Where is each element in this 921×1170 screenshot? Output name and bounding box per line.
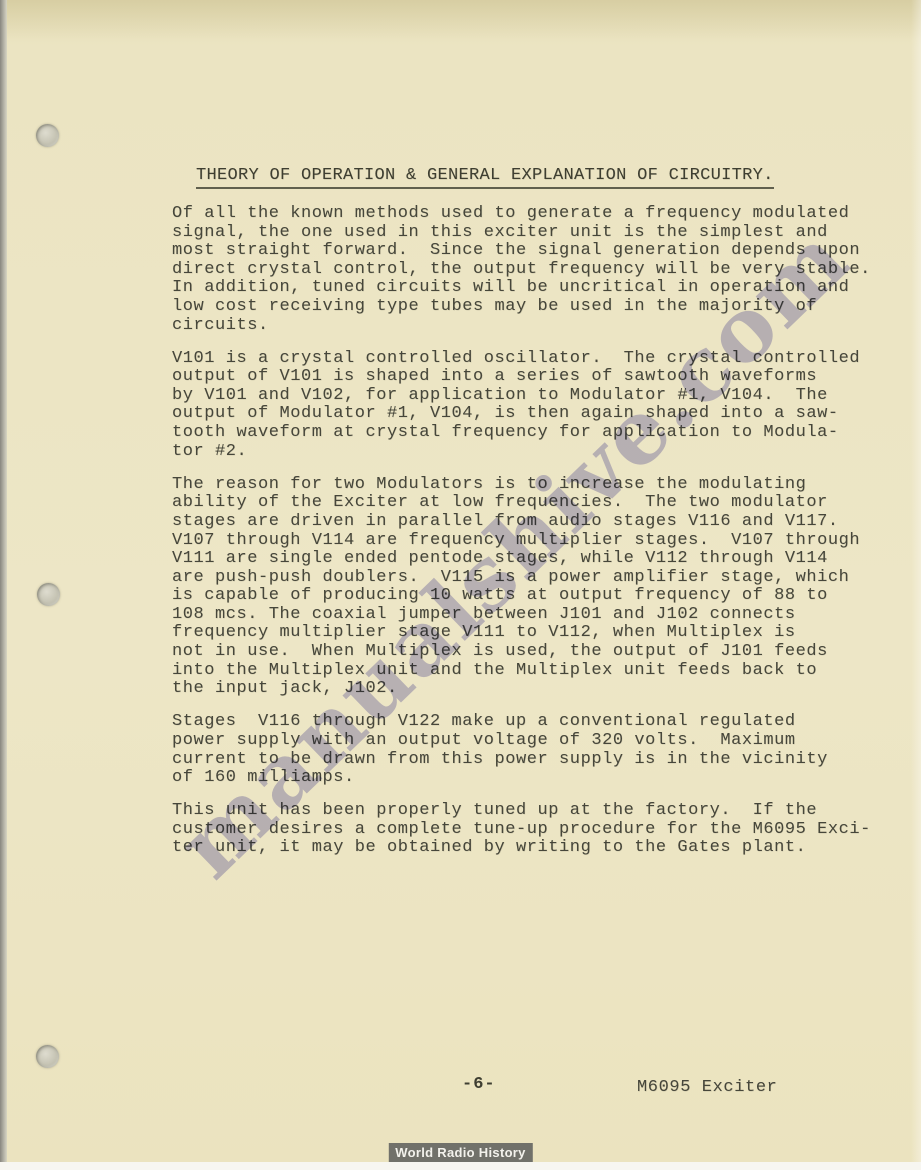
paragraph-3: The reason for two Modulators is to incr… (172, 476, 892, 699)
page-right-edge (911, 0, 921, 1170)
paragraph-2: V101 is a crystal controlled oscillator.… (172, 350, 892, 462)
world-radio-history-badge: World Radio History (388, 1143, 532, 1163)
punch-hole-top (36, 124, 59, 147)
punch-hole-middle (37, 583, 60, 606)
scanned-page: THEORY OF OPERATION & GENERAL EXPLANATIO… (0, 0, 921, 1170)
page-title: THEORY OF OPERATION & GENERAL EXPLANATIO… (196, 166, 774, 189)
page-left-edge (0, 0, 7, 1170)
punch-hole-bottom (36, 1045, 59, 1068)
page-bottom-edge (0, 1162, 921, 1170)
scan-top-shade (0, 0, 921, 40)
paragraph-4: Stages V116 through V122 make up a conve… (172, 713, 892, 787)
page-number: -6- (462, 1075, 496, 1094)
document-id: M6095 Exciter (637, 1078, 777, 1097)
paragraph-5: This unit has been properly tuned up at … (172, 802, 892, 858)
document-body: Of all the known methods used to generat… (172, 205, 892, 873)
paragraph-1: Of all the known methods used to generat… (172, 205, 892, 335)
